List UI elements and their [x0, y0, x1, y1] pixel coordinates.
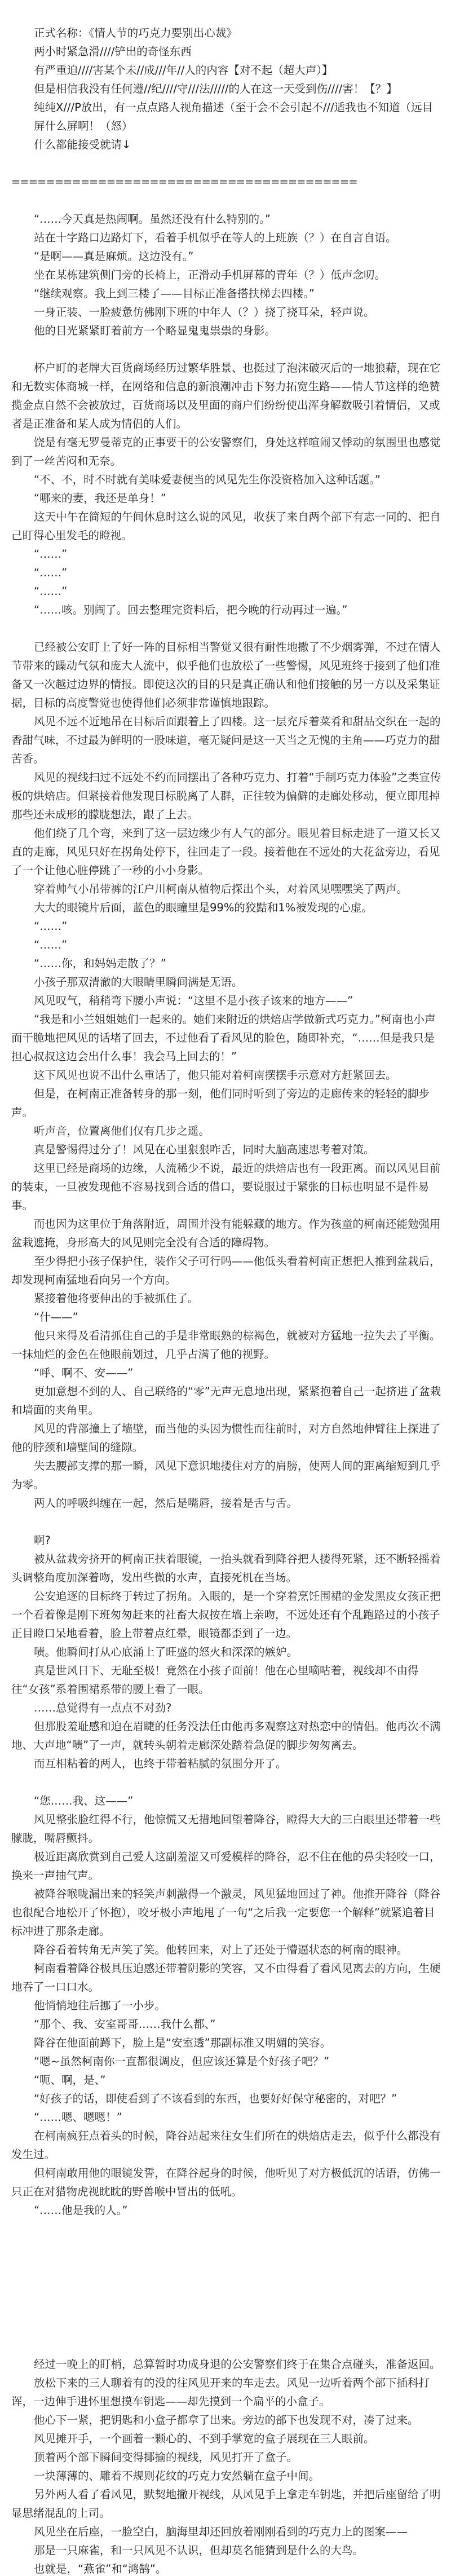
- top-spacer: [0, 0, 451, 24]
- paragraph: 穿着帅气小吊带裤的江户川柯南从植物后探出个头，对着风见嘿嘿笑了两声。: [0, 880, 451, 898]
- article: 正式名称：《情人节的巧克力要别出心裁》 两小时紧急滑////铲出的奇怪东西 有严…: [0, 0, 451, 2576]
- header-notes: 正式名称：《情人节的巧克力要别出心裁》 两小时紧急滑////铲出的奇怪东西 有严…: [0, 24, 451, 154]
- paragraph: 这天中午在简短的午间休息时这么说的风见，收获了来自两个部下有志一同的、把自己盯得…: [0, 508, 451, 545]
- spacer: [0, 2287, 451, 2355]
- spacer: [0, 1512, 451, 1531]
- paragraph: “不、不，时不时就有美味爱妻便当的风见先生你没资格加入这种话题。”: [0, 470, 451, 489]
- paragraph: “……”: [0, 545, 451, 563]
- paragraph: 更加意想不到的人、自己联络的“零”无声无息地出现，紧紧抱着自己一起挤进了盆栽和墙…: [0, 1382, 451, 1419]
- paragraph: 这里已经是商场的边缘，人流稀少不说，最近的烘焙店也有一段距离。而以风见目前的装束…: [0, 1159, 451, 1215]
- paragraph: 而互相粘着的两人，也终于带着粘腻的氛围分开了。: [0, 1754, 451, 1773]
- paragraph: “哪来的妻，我还是单身！”: [0, 489, 451, 508]
- spacer: [0, 2220, 451, 2287]
- header-note: 有严重迫////害某个未//成///年//人的内容【对不起（超大声）】: [0, 61, 451, 80]
- paragraph: 降谷在他面前蹲下，脸上是“安室透”那副标准又明媚的笑容。: [0, 2034, 451, 2052]
- paragraph: “嗯~虽然柯南你一直都很调皮，但应该还算是个好孩子吧？”: [0, 2052, 451, 2071]
- spacer: [0, 191, 451, 210]
- paragraph: 他们绕了几个弯，来到了这一层边缘少有人气的部分。眼见着目标走进了一道又长又直的走…: [0, 824, 451, 880]
- section-4: 啊? 被从盆栽旁挤开的柯南正扶着眼镜，一抬头就看到降谷把人搂得死紧，还不断轻摇着…: [0, 1531, 451, 1773]
- paragraph: 听声音，位置离他们仅有几步之遥。: [0, 1122, 451, 1140]
- paragraph: “……咳。别闹了。回去整理完资料后，把今晚的行动再过一遍。”: [0, 601, 451, 619]
- paragraph: 被从盆栽旁挤开的柯南正扶着眼镜，一抬头就看到降谷把人搂得死紧，还不断轻摇着头调整…: [0, 1550, 451, 1587]
- spacer: [0, 154, 451, 173]
- paragraph: “……”: [0, 563, 451, 582]
- section-3: 已经被公安盯上了好一阵的目标相当警觉又很有耐性地撒了不少烟雾弹，不过在情人节带来…: [0, 638, 451, 1512]
- paragraph: “……”: [0, 917, 451, 936]
- paragraph: 但那股羞耻感和迫在眉睫的任务没法任由他再多观察这对热恋中的情侣。他再次不满地、大…: [0, 1717, 451, 1754]
- spacer: [0, 619, 451, 638]
- paragraph: 真是世风日下、无耻至极！竟然在小孩子面前！他在心里嘀咕着，视线却不由得往“女孩”…: [0, 1661, 451, 1699]
- paragraph: 风见坐在后座，一脸空白，脑海里却还回放着刚刚看到的巧克力上的图案——: [0, 2522, 451, 2541]
- paragraph: 顶着两个部下瞬间变得揶揄的视线，风见打开了盒子。: [0, 2448, 451, 2467]
- paragraph: 真是警惕得过分了！风见在心里狠狠咋舌，同时大脑高速思考着对策。: [0, 1140, 451, 1159]
- paragraph: “您……我、这——”: [0, 1792, 451, 1810]
- paragraph: 但是，在柯南正准备转身的那一刻，他们同时听到了旁边的走廊传来的轻轻的脚步声。: [0, 1084, 451, 1122]
- section-2: 杯户町的老牌大百货商场经历过繁华胜景、也挺过了泡沫破灭后的一地狼藉，现在它和无数…: [0, 359, 451, 619]
- paragraph: 风见的视线扫过不远处不约而同摆出了各种巧克力、打着“手制巧克力体验”之类宣传板的…: [0, 768, 451, 824]
- header-note: 两小时紧急滑////铲出的奇怪东西: [0, 42, 451, 61]
- spacer: [0, 1773, 451, 1792]
- paragraph: 柯南看着降谷极具压迫感还带着阴影的笑容，又不由得看了看风见离去的方向，生硬地吞了…: [0, 1959, 451, 1996]
- paragraph: 啊?: [0, 1531, 451, 1550]
- paragraph: “……他是我的人。”: [0, 2201, 451, 2220]
- section-separator: ========================================: [0, 173, 451, 191]
- paragraph: 而也因为这里位于角落附近，周围并没有能躲藏的地方。作为孩童的柯南还能勉强用盆栽遮…: [0, 1215, 451, 1252]
- paragraph: 啧。他瞬间打从心底涌上了旺盛的怒火和深深的嫉妒。: [0, 1643, 451, 1661]
- paragraph: 紧接着他将要伸出的手被抓住了。: [0, 1289, 451, 1308]
- paragraph: 另外两人看了看风见，默契地撇开视线，从风见手上拿走车钥匙，并把后座留给了明显思绪…: [0, 2485, 451, 2522]
- paragraph: 小孩子那双清澈的大眼睛里瞬间满是无语。: [0, 973, 451, 991]
- spacer: [0, 340, 451, 359]
- header-note: 屏什么屏啊！（怒）: [0, 117, 451, 135]
- paragraph: 风见的背部撞上了墙壁，而当他的头因为惯性而往前时，对方自然地伸臂往上探进了他的脖…: [0, 1419, 451, 1457]
- section-1: “……今天真是热闹啊。虽然还没有什么特别的。” 站在十字路口边路灯下，看着手机似…: [0, 210, 451, 340]
- paragraph: 一块薄薄的、雕着不规则花纹的巧克力安然躺在盒子中间。: [0, 2467, 451, 2485]
- paragraph: 已经被公安盯上了好一阵的目标相当警觉又很有耐性地撒了不少烟雾弹，不过在情人节带来…: [0, 638, 451, 712]
- paragraph: “……你，和妈妈走散了？”: [0, 954, 451, 973]
- paragraph: 他悄悄地往后挪了一小步。: [0, 1996, 451, 2015]
- section-5: “您……我、这——” 风见整张脸红得不行，他惊慌又无措地回望着降谷，瞪得大大的三…: [0, 1792, 451, 2220]
- paragraph: “呃、啊，是、”: [0, 2071, 451, 2089]
- paragraph: 风见摊开手，一个画着一颗心的、不到手掌宽的盒子展现在三人眼前。: [0, 2429, 451, 2448]
- formal-title: 正式名称：《情人节的巧克力要别出心裁》: [0, 24, 451, 42]
- paragraph: 风见整张脸红得不行，他惊慌又无措地回望着降谷，瞪得大大的三白眼里还带着一些朦胧，…: [0, 1810, 451, 1847]
- paragraph: 杯户町的老牌大百货商场经历过繁华胜景、也挺过了泡沫破灭后的一地狼藉，现在它和无数…: [0, 359, 451, 433]
- paragraph: “……”: [0, 582, 451, 601]
- paragraph: “我是和小兰姐姐她们一起来的。她们来附近的烘焙店学做新式巧克力。”柯南也小声而干…: [0, 1010, 451, 1066]
- paragraph: 他的目光紧紧盯着前方一个略显鬼鬼祟祟的身影。: [0, 321, 451, 340]
- paragraph: 被降谷喉咙漏出来的轻笑声刺激得一个激灵，风见猛地回过了神。他推开降谷（降谷也很配…: [0, 1885, 451, 1940]
- header-note: 纯纯X///P放出，有一点点路人视角描述（至于会不会引起不///适我也不知道（远…: [0, 98, 451, 117]
- paragraph: 经过一晚上的盯梢，总算暂时功成身退的公安警察们终于在集合点碰头，准备返回。: [0, 2355, 451, 2374]
- paragraph: 坐在某栋建筑侧门旁的长椅上，正滑动手机屏幕的青年（？）低声念叨。: [0, 266, 451, 284]
- paragraph: “继续观察。我上到三楼了——目标正准备搭扶梯去四楼。”: [0, 284, 451, 303]
- paragraph: “那个、我、安室哥哥……我什么都、”: [0, 2015, 451, 2034]
- paragraph: 也就是，“燕雀”和“鸿鹄”。: [0, 2560, 451, 2576]
- header-note: 但是相信我没有任何遵//纪////守///法/////的人在这一天受到伤////…: [0, 80, 451, 98]
- paragraph: 他心下一紧，把钥匙和小盒子都拿了出来。旁边的部下也发现不对，凑了过来。: [0, 2411, 451, 2429]
- paragraph: 风见叹气，稍稍弯下腰小声说：“这里不是小孩子该来的地方——”: [0, 991, 451, 1010]
- paragraph: 他只来得及看清抓住自己的手是非常眼熟的棕褐色，就被对方猛地一拉失去了平衡。一抹灿…: [0, 1326, 451, 1364]
- paragraph: 失去腰部支撑的那一瞬，风见下意识地搂住对方的肩膀，使两人间的距离缩短到几乎为零。: [0, 1457, 451, 1494]
- paragraph: 大大的眼镜片后面，蓝色的眼瞳里是99%的狡黠和1%被发现的心虚。: [0, 898, 451, 917]
- paragraph: “呼、啊不、安——”: [0, 1364, 451, 1382]
- paragraph: “好孩子的话，即使看到了不该看到的东西，也要好好保守秘密的，对吧？”: [0, 2089, 451, 2108]
- paragraph: 站在十字路口边路灯下，看着手机似乎在等人的上班族（？）在自言自语。: [0, 228, 451, 247]
- paragraph: ……总觉得有一点点不对劲?: [0, 1699, 451, 1717]
- header-note: 什么都能接受就请↓: [0, 135, 451, 154]
- paragraph: 两人的呼吸纠缠在一起，然后是嘴唇，接着是舌与舌。: [0, 1494, 451, 1512]
- paragraph: 放松下来的三人聊着有的没的往风见开来的车走去。风见一边听着两个部下插科打诨，一边…: [0, 2374, 451, 2411]
- paragraph: 公安追逐的目标终于转过了拐角。入眼的，是一个穿着烹饪围裙的金发黑皮女孩正把一个看…: [0, 1587, 451, 1643]
- section-6: 经过一晚上的盯梢，总算暂时功成身退的公安警察们终于在集合点碰头，准备返回。 放松…: [0, 2355, 451, 2576]
- paragraph: 饶是有毫无罗曼蒂克的正事要干的公安警察们，身处这样喧闹又悸动的氛围里也感觉到了一…: [0, 433, 451, 470]
- paragraph: 但柯南敢用他的眼镜发誓，在降谷起身的时候，他听见了对方极低沉的话语，仿佛一只正在…: [0, 2164, 451, 2201]
- paragraph: 极近距离欣赏到自己爱人这副羞涩又可爱模样的降谷，忍不住在他的鼻尖轻咬一口，换来一…: [0, 1847, 451, 1885]
- paragraph: “……”: [0, 936, 451, 954]
- paragraph: 这下风见也说不出什么重话了，他只能对着柯南摆摆手示意对方赶紧回去。: [0, 1066, 451, 1084]
- paragraph: 在柯南疯狂点着头的时候，降谷站起来往女生们所在的烘焙店走去，似乎什么都没有发生过…: [0, 2127, 451, 2164]
- paragraph: 降谷看着转角无声笑了笑。他转回来，对上了还处于懵逼状态的柯南的眼神。: [0, 1940, 451, 1959]
- paragraph: 那是一只麻雀，和一只风见不认识，但却莫名能猜到是什么的大鸟。: [0, 2541, 451, 2560]
- paragraph: “是啊——真是麻烦。这边没有。”: [0, 247, 451, 266]
- paragraph: 至少得把小孩子保护住，装作父子可行吗——他低头看着柯南正想把人推到盆栽后，却发现…: [0, 1252, 451, 1289]
- paragraph: 风见不远不近地吊在目标后面跟着上了四楼。这一层充斥着菜肴和甜品交织在一起的香甜气…: [0, 712, 451, 768]
- paragraph: 一身正装、一脸疲惫仿佛刚下班的中年人（？）挠了挠耳朵，轻声说。: [0, 303, 451, 321]
- paragraph: “什——”: [0, 1308, 451, 1326]
- paragraph: “……今天真是热闹啊。虽然还没有什么特别的。”: [0, 210, 451, 228]
- paragraph: “……嗯、嗯嗯！”: [0, 2108, 451, 2127]
